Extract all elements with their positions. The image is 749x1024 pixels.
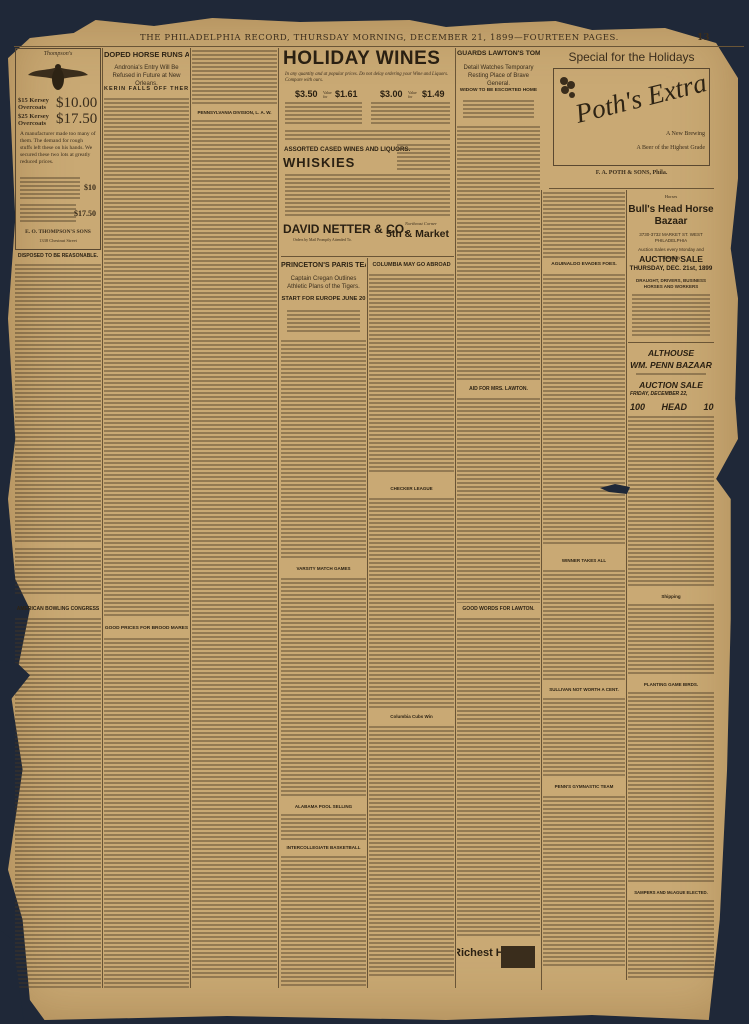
ad-rule [549, 188, 714, 189]
page-number: 13 [697, 33, 710, 43]
headline: SAMPERS AND McAGUE ELECTED. [628, 890, 714, 895]
headline: INTERCOLLEGIATE BASKETBALL [281, 845, 366, 850]
column-8: Horses Bull's Head Horse Bazaar 3730-373… [628, 192, 714, 982]
column-rule [190, 48, 191, 988]
column-rule [626, 190, 627, 980]
ad-rule [281, 256, 454, 257]
headline: AMERICAN BOWLING CONGRESS [15, 606, 101, 612]
headline: VARSITY MATCH GAMES [281, 566, 366, 571]
headline: PENNSYLVANIA DIVISION, L. A. W. [192, 110, 277, 115]
column-rule [102, 48, 103, 988]
column-4: PRINCETON'S PARIS TEAM Captain Cregan Ou… [281, 258, 366, 988]
column-1: Thompson's $15 Kersey Overcoats $10.00 $… [15, 48, 101, 988]
column-3: PENNSYLVANIA DIVISION, L. A. W. [192, 48, 277, 988]
holiday-wines-ad: HOLIDAY WINES In any quantity and at pop… [281, 48, 454, 256]
column-5: COLUMBIA MAY GO ABROAD CHECKER LEAGUE Co… [369, 258, 454, 988]
poth-extra-ad: Special for the Holidays Poth's Extra A … [549, 48, 714, 188]
headline: Columbia Cubs Win [369, 714, 454, 719]
ad-block [501, 946, 535, 968]
headline: SULLIVAN NOT WORTH A CENT. [543, 687, 625, 692]
headline: AID FOR MRS. LAWTON. [457, 386, 540, 392]
headline: WIDOW TO BE ESCORTED HOME [457, 88, 540, 93]
headline: ALABAMA POOL SELLING [281, 804, 366, 809]
thompson-ad: Thompson's $15 Kersey Overcoats $10.00 $… [15, 48, 101, 250]
column-rule [455, 48, 456, 988]
headline: GOOD PRICES FOR BROOD MARES [104, 626, 189, 631]
column-2: DOPED HORSE RUNS AWAY Andronia's Entry W… [104, 48, 189, 988]
headline: START FOR EUROPE JUNE 20 [281, 296, 366, 302]
bulls-head-title: Bull's Head Horse Bazaar [628, 204, 714, 228]
column-7: AGUINALDO EVADES FOES. WINNER TAKES ALL … [543, 190, 625, 980]
headline: DISPOSED TO BE REASONABLE. [15, 253, 101, 259]
headline: GOOD WORDS FOR LAWTON. [457, 606, 540, 612]
header-rule [14, 46, 744, 47]
column-rule [278, 48, 279, 988]
headline: DOPED HORSE RUNS AWAY [104, 50, 189, 59]
headline: KERIN FALLS OFF THERESA [104, 86, 189, 92]
headline: PLANTING GAME BIRDS. [628, 682, 714, 687]
headline: PENN'S GYMNASTIC TEAM [543, 784, 625, 789]
column-rule [367, 258, 368, 988]
headline: GUARDS LAWTON'S TOMB [457, 50, 540, 57]
headline: COLUMBIA MAY GO ABROAD [369, 262, 454, 268]
masthead: THE PHILADELPHIA RECORD, THURSDAY MORNIN… [140, 33, 619, 43]
column-6: GUARDS LAWTON'S TOMB Detail Watches Temp… [457, 48, 540, 988]
column-rule [541, 190, 542, 990]
headline: PRINCETON'S PARIS TEAM [281, 260, 366, 269]
headline: Shipping [628, 594, 714, 599]
headline: WINNER TAKES ALL [543, 558, 625, 563]
winged-figure-icon [26, 61, 90, 95]
headline: CHECKER LEAGUE [369, 486, 454, 491]
headline: AGUINALDO EVADES FOES. [543, 262, 625, 267]
